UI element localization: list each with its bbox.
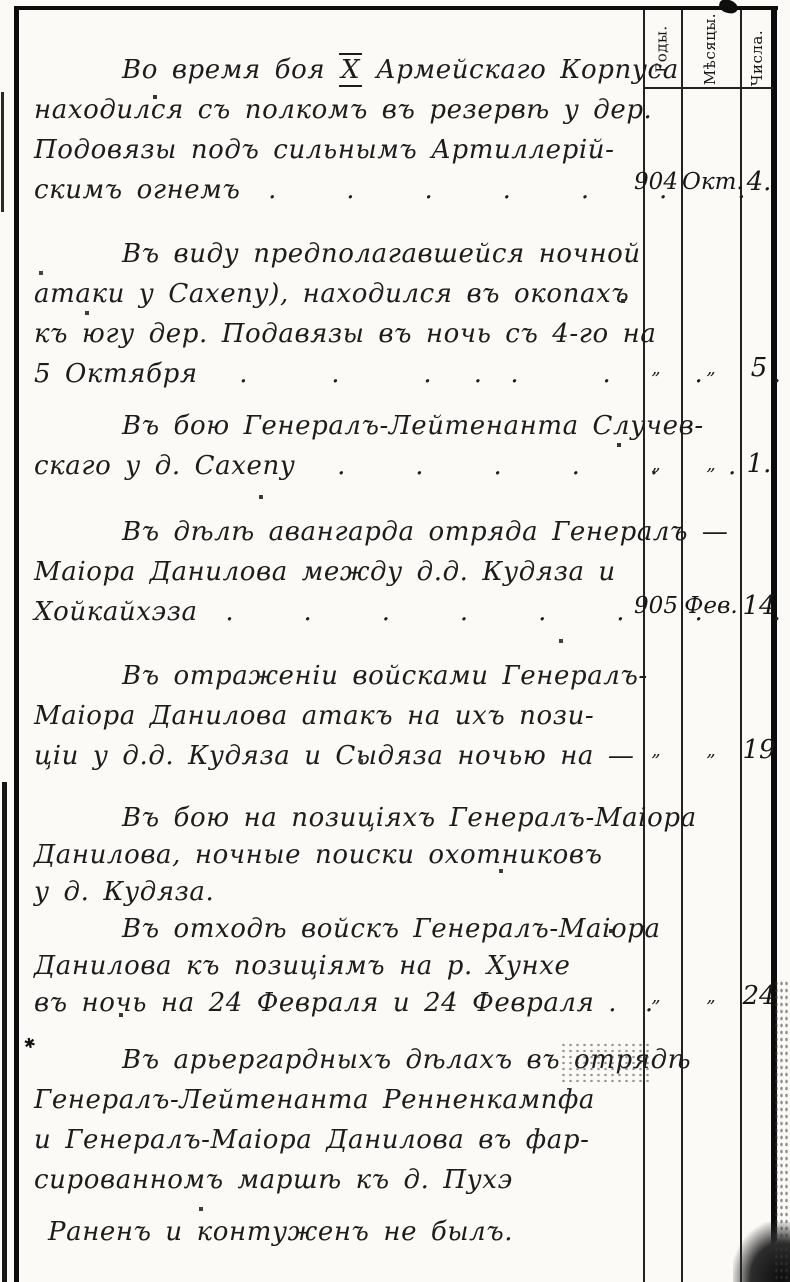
month-ditto-mark: „: [682, 740, 740, 761]
record-line: Генералъ-Лейтенанта Ренненкампфа: [34, 1080, 642, 1120]
service-record-entry: Во время боя X Армейскаго Корпуса находи…: [34, 50, 642, 210]
date-row: „ „ 19: [630, 730, 778, 770]
roman-numeral-x: X: [339, 53, 362, 87]
record-line: Въ виду предполагавшейся ночной: [34, 234, 642, 274]
record-page: Годы. Мѣсяцы. Числа. Во время боя X Арме…: [0, 0, 790, 1282]
month-value: Фев.: [682, 593, 740, 619]
record-line: Въ отраженіи войсками Генералъ-: [34, 656, 642, 696]
date-row: „ „ 24: [630, 976, 778, 1016]
record-line: у д. Кудяза.: [34, 874, 642, 911]
year-ditto-mark: „: [630, 740, 682, 761]
year-ditto-mark: „: [630, 454, 682, 475]
frame-border-left: [14, 6, 19, 1282]
days-header-label: Числа.: [748, 30, 766, 86]
year-ditto-mark: „: [630, 986, 682, 1007]
date-row: „ „ 5: [630, 348, 778, 388]
record-line: въ ночь на 24 Февраля и 24 Февраля . .: [34, 985, 642, 1022]
record-line: скимъ огнемъ . . . . . . . .: [34, 170, 642, 210]
record-line: Данилова, ночные поиски охотниковъ: [34, 837, 642, 874]
record-line: Въ бою Генералъ-Лейтенанта Случев-: [34, 406, 642, 446]
scan-specks: [0, 0, 2, 2]
record-line: Въ дѣлѣ авангарда отряда Генералъ —: [34, 512, 642, 552]
record-line: Маіора Данилова между д.д. Кудяза и: [34, 552, 642, 592]
record-line: Хойкайхэза . . . . . . . . .: [34, 592, 642, 632]
record-line: Въ арьергардныхъ дѣлахъ въ отрядѣ: [34, 1040, 642, 1080]
record-line: Во время боя X Армейскаго Корпуса: [34, 50, 642, 90]
record-line: Маіора Данилова атакъ на ихъ пози-: [34, 696, 642, 736]
service-record-entry: Въ бою на позиціяхъ Генералъ-Маіора Дани…: [34, 800, 642, 1022]
record-text: Во время боя: [122, 55, 339, 85]
record-line: скаго у д. Сахепу . . . . . . .: [34, 446, 642, 486]
date-row: 904 Окт. 4.: [630, 162, 778, 202]
table-column-header-months: Мѣсяцы.: [681, 10, 740, 88]
date-row: 905 Фев. 14: [630, 586, 778, 626]
record-line: и Генералъ-Маіора Данилова въ фар-: [34, 1120, 642, 1160]
month-ditto-mark: „: [682, 986, 740, 1007]
month-ditto-mark: „: [682, 454, 740, 475]
months-header-label: Мѣсяцы.: [702, 13, 720, 85]
record-line: сированномъ маршѣ къ д. Пухэ: [34, 1160, 642, 1200]
day-value: 1.: [740, 449, 778, 479]
scan-edge-artifact: [2, 782, 7, 1282]
scan-noise: [774, 980, 790, 1282]
scan-noise: [560, 1042, 650, 1082]
margin-ink-mark: ✱: [22, 1035, 37, 1053]
record-line: 5 Октября . . . . . . . . . .: [34, 354, 642, 394]
service-record-closing: Раненъ и контуженъ не былъ.: [34, 1212, 642, 1252]
record-line: находился съ полкомъ въ резервѣ у дер.: [34, 90, 642, 130]
year-value: 904: [630, 169, 682, 195]
month-value: Окт.: [682, 169, 740, 195]
day-value: 19: [740, 735, 778, 765]
day-value: 4.: [740, 167, 778, 197]
service-record-entry: Въ виду предполагавшейся ночной атаки у …: [34, 234, 642, 394]
record-line: къ югу дер. Подавязы въ ночь съ 4-го на: [34, 314, 642, 354]
record-line: Данилова къ позиціямъ на р. Хунхе: [34, 948, 642, 985]
service-record-entry: Въ бою Генералъ-Лейтенанта Случев- скаго…: [34, 406, 642, 486]
record-text: Армейскаго Корпуса: [362, 55, 679, 85]
year-ditto-mark: „: [630, 358, 682, 379]
record-line: Раненъ и контуженъ не былъ.: [34, 1212, 642, 1252]
record-line: ціи у д.д. Кудяза и Сыдяза ночью на —: [34, 736, 642, 776]
record-line: Въ отходѣ войскъ Генералъ-Маіора: [34, 911, 642, 948]
table-column-header-days: Числа.: [740, 10, 774, 106]
month-ditto-mark: „: [682, 358, 740, 379]
day-value: 14: [740, 591, 778, 621]
service-record-entry: Въ дѣлѣ авангарда отряда Генералъ — Маіо…: [34, 512, 642, 632]
record-line: атаки у Сахепу), находился въ окопахъ: [34, 274, 642, 314]
record-line: Въ бою на позиціяхъ Генералъ-Маіора: [34, 800, 642, 837]
service-record-entry: Въ отраженіи войсками Генералъ- Маіора Д…: [34, 656, 642, 776]
year-value: 905: [630, 593, 682, 619]
day-value: 24: [740, 981, 778, 1011]
scan-edge-artifact: [1, 92, 4, 212]
service-record-entry: Въ арьергардныхъ дѣлахъ въ отрядѣ Генера…: [34, 1040, 642, 1200]
record-line: Подовязы подъ сильнымъ Артиллерій-: [34, 130, 642, 170]
date-row: „ „ 1.: [630, 444, 778, 484]
day-value: 5: [740, 353, 778, 383]
